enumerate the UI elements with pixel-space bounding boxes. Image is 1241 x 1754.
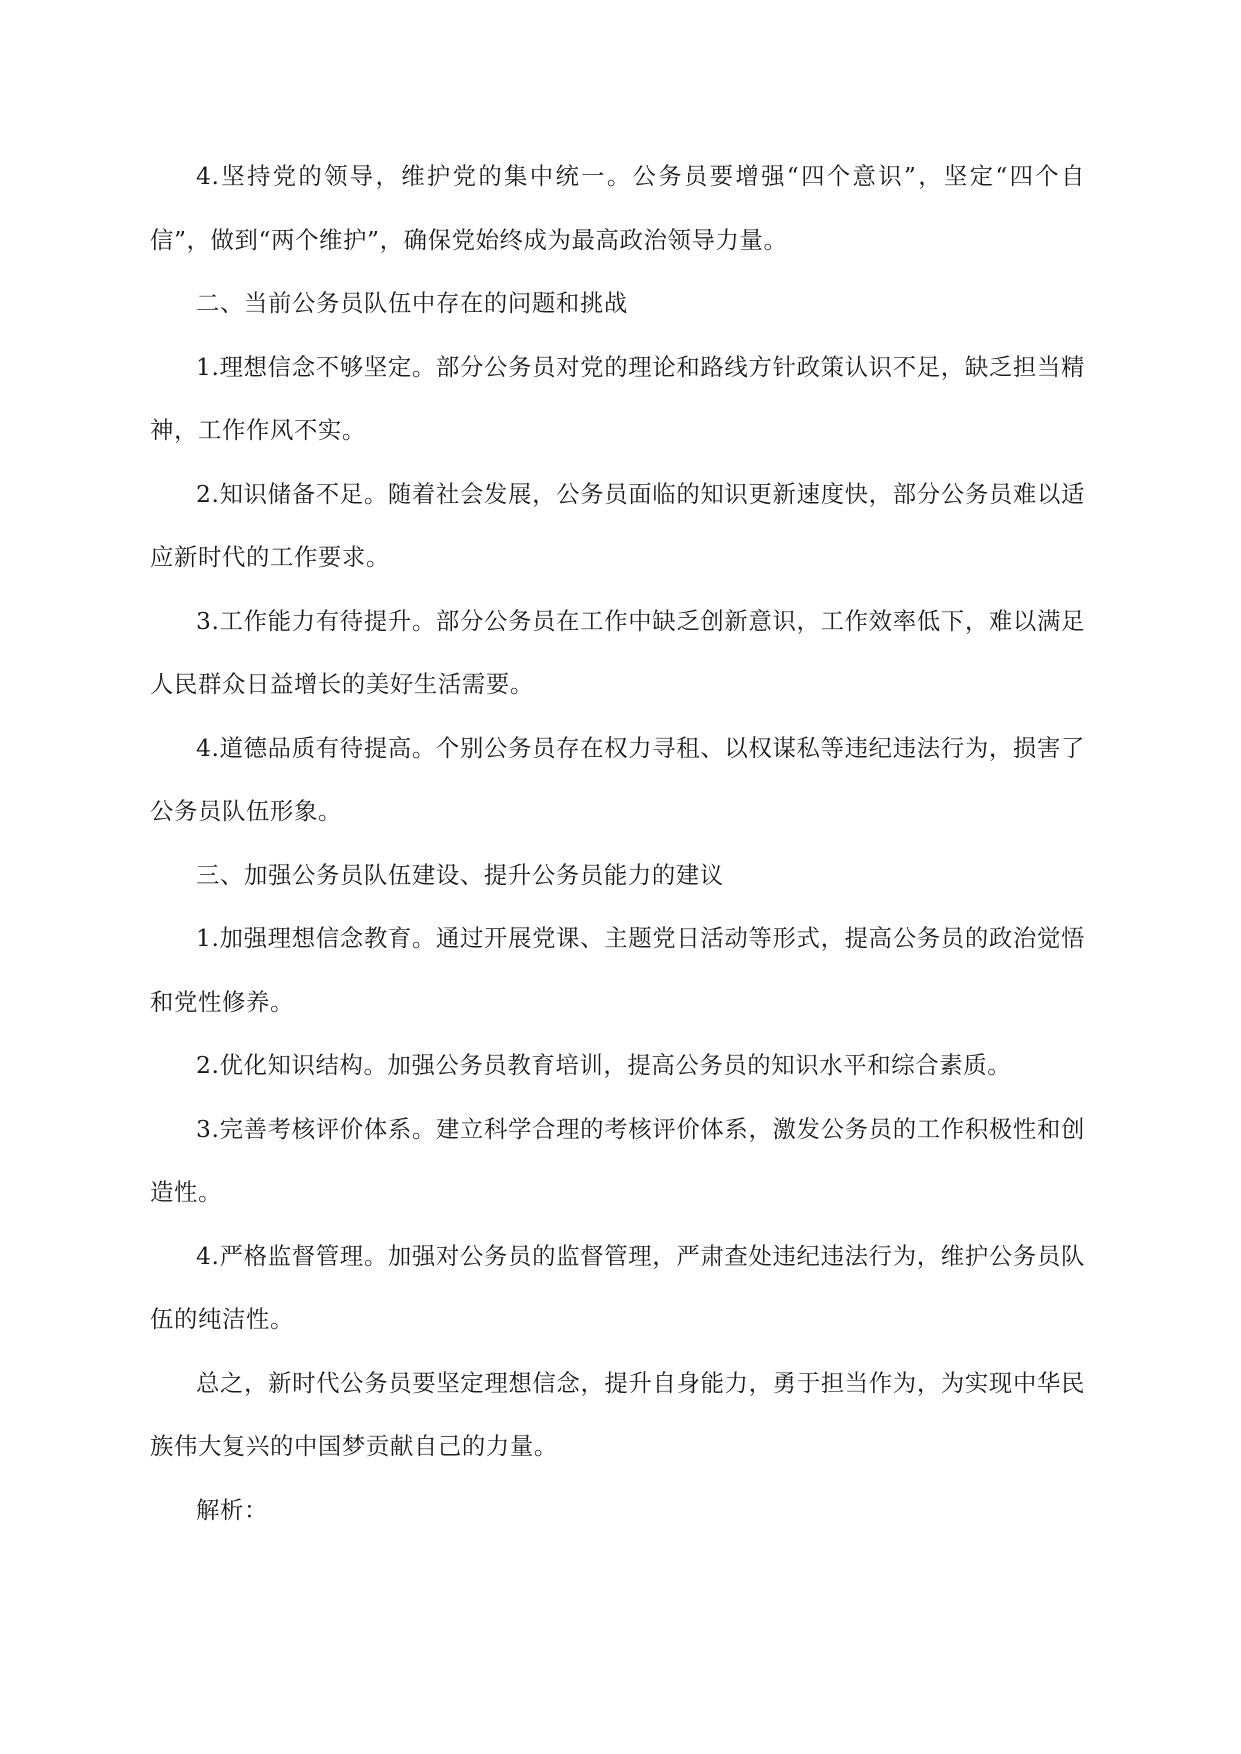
document-page: 4.坚持党的领导，维护党的集中统一。公务员要增强“四个意识”，坚定“四个自信”，…	[150, 145, 1085, 1542]
paragraph-conclusion: 总之，新时代公务员要坚定理想信念，提升自身能力，勇于担当作为，为实现中华民族伟大…	[150, 1352, 1085, 1479]
paragraph-problem-4: 4.道德品质有待提高。个别公务员存在权力寻租、以权谋私等违纪违法行为，损害了公务…	[150, 717, 1085, 844]
paragraph-suggestion-4: 4.严格监督管理。加强对公务员的监督管理，严肃查处违纪违法行为，维护公务员队伍的…	[150, 1225, 1085, 1352]
analysis-label: 解析：	[150, 1479, 1085, 1543]
paragraph-suggestion-1: 1.加强理想信念教育。通过开展党课、主题党日活动等形式，提高公务员的政治觉悟和党…	[150, 907, 1085, 1034]
paragraph-problem-1: 1.理想信念不够坚定。部分公务员对党的理论和路线方针政策认识不足，缺乏担当精神，…	[150, 336, 1085, 463]
paragraph-suggestion-2: 2.优化知识结构。加强公务员教育培训，提高公务员的知识水平和综合素质。	[150, 1034, 1085, 1098]
paragraph-suggestion-3: 3.完善考核评价体系。建立科学合理的考核评价体系，激发公务员的工作积极性和创造性…	[150, 1098, 1085, 1225]
paragraph-party-leadership: 4.坚持党的领导，维护党的集中统一。公务员要增强“四个意识”，坚定“四个自信”，…	[150, 145, 1085, 272]
paragraph-problem-2: 2.知识储备不足。随着社会发展，公务员面临的知识更新速度快，部分公务员难以适应新…	[150, 463, 1085, 590]
section-heading-suggestions: 三、加强公务员队伍建设、提升公务员能力的建议	[150, 844, 1085, 908]
paragraph-problem-3: 3.工作能力有待提升。部分公务员在工作中缺乏创新意识，工作效率低下，难以满足人民…	[150, 590, 1085, 717]
section-heading-problems: 二、当前公务员队伍中存在的问题和挑战	[150, 272, 1085, 336]
